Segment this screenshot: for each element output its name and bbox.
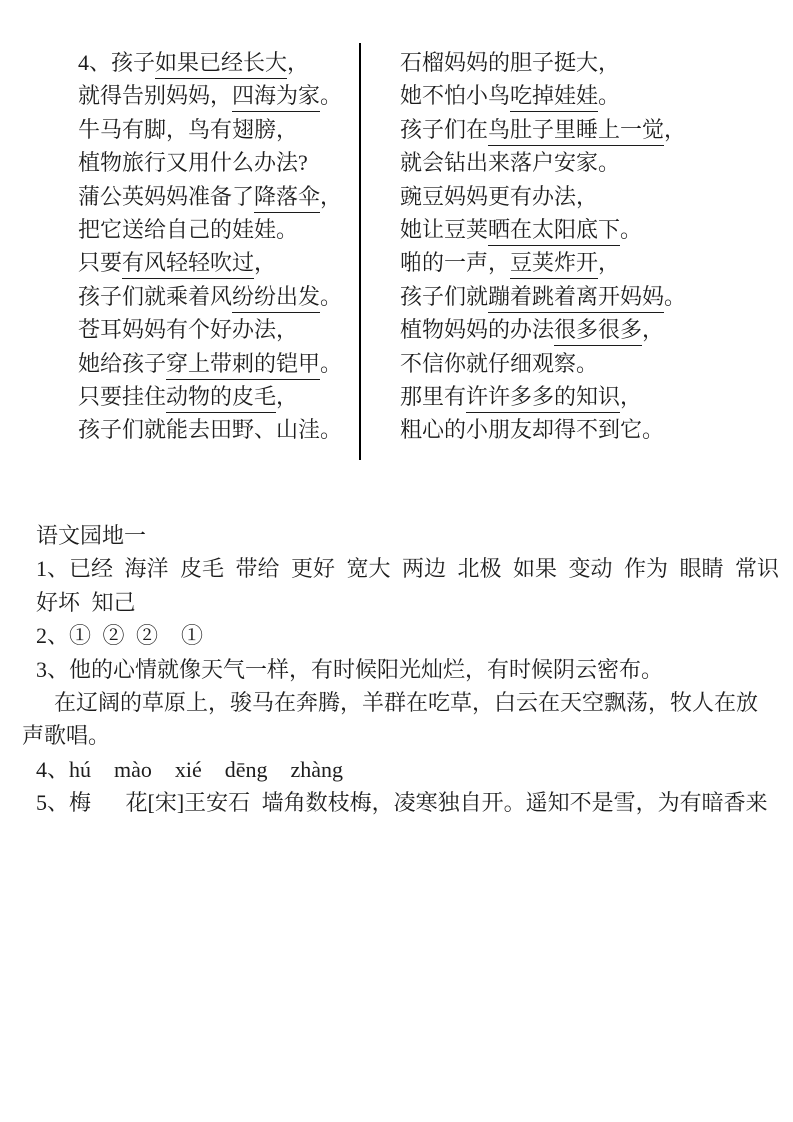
poem-line: 4、孩子如果已经长大， [78,46,342,79]
poem-line: 石榴妈妈的胆子挺大， [400,46,686,79]
poem-text: 。 [598,83,620,108]
underlined-fill-in: 吃掉娃娃 [510,83,598,112]
poem-line: 只要挂住动物的皮毛， [78,380,342,413]
poem-text: 豌豆妈妈更有办法， [400,184,598,209]
underlined-fill-in: 纷纷出发 [232,284,320,313]
poem-text: ， [620,384,642,409]
poem-line: 就会钻出来落户安家。 [400,146,686,179]
poem-line: 她不怕小鸟吃掉娃娃。 [400,79,686,112]
poem-text: 4、孩子 [78,50,155,75]
poem-line: 孩子们就乘着风纷纷出发。 [78,280,342,313]
poem-text: 孩子们就乘着风 [78,284,232,309]
poem-text: ， [276,384,298,409]
underlined-fill-in: 晒在太阳底下 [488,217,620,246]
underlined-fill-in: 鸟肚子里睡上一觉 [488,117,664,146]
answer-line-3: 3、他的心情就像天气一样，有时候阳光灿烂，有时候阴云密布。 [36,653,779,686]
underlined-fill-in: 豆荚炸开 [510,250,598,279]
poem-line: 豌豆妈妈更有办法， [400,180,686,213]
poem-line: 只要有风轻轻吹过， [78,246,342,279]
answer-line-2: 2、① ② ② ① [36,619,779,652]
poem-line: 就得告别妈妈，四海为家。 [78,79,342,112]
poem-left-column: 4、孩子如果已经长大，就得告别妈妈，四海为家。牛马有脚，鸟有翅膀，植物旅行又用什… [78,46,342,447]
poem-text: 植物旅行又用什么办法? [78,150,308,175]
poem-text: ， [287,50,309,75]
poem-text: 。 [620,217,642,242]
poem-text: 孩子们在 [400,117,488,142]
underlined-fill-in: 蹦着跳着离开妈妈 [488,284,664,313]
poem-text: ， [598,250,620,275]
poem-line: 把它送给自己的娃娃。 [78,213,342,246]
section-title: 语文园地一 [36,519,779,552]
poem-text: 把它送给自己的娃娃。 [78,217,298,242]
poem-line: 她给孩子穿上带刺的铠甲。 [78,347,342,380]
answer-line-1: 1、已经 海洋 皮毛 带给 更好 宽大 两边 北极 如果 变动 作为 眼睛 常识 [36,552,779,585]
poem-text: 牛马有脚，鸟有翅膀， [78,117,298,142]
poem-text: 她让豆荚 [400,217,488,242]
answer-line-3-para: 在辽阔的草原上，骏马在奔腾，羊群在吃草，白云在天空飘荡，牧人在放 [54,686,779,719]
poem-text: 。 [320,351,342,376]
underlined-fill-in: 四海为家 [232,83,320,112]
poem-text: 。 [320,83,342,108]
poem-line: 那里有许许多多的知识， [400,380,686,413]
poem-line: 啪的一声，豆荚炸开， [400,246,686,279]
poem-line: 蒲公英妈妈准备了降落伞， [78,180,342,213]
poem-line: 孩子们就蹦着跳着离开妈妈。 [400,280,686,313]
poem-text: 植物妈妈的办法 [400,317,554,342]
poem-text: 。 [664,284,686,309]
poem-text: 苍耳妈妈有个好办法， [78,317,298,342]
poem-text: 她不怕小鸟 [400,83,510,108]
poem-line: 牛马有脚，鸟有翅膀， [78,113,342,146]
poem-text: 啪的一声， [400,250,510,275]
poem-text: ， [320,184,342,209]
poem-text: 。 [320,284,342,309]
poem-line: 植物妈妈的办法很多很多， [400,313,686,346]
poem-text: 她给孩子 [78,351,166,376]
answer-line-4: 4、hú mào xié dēng zhàng [36,753,779,786]
answer-line-1-cont: 好坏 知己 [36,586,779,619]
underlined-fill-in: 降落伞 [254,184,320,213]
poem-text: 那里有 [400,384,466,409]
underlined-fill-in: 动物的皮毛 [166,384,276,413]
poem-text: 粗心的小朋友却得不到它。 [400,417,664,442]
poem-text: 孩子们就能去田野、山洼。 [78,417,342,442]
poem-text: 蒲公英妈妈准备了 [78,184,254,209]
poem-text: ， [254,250,276,275]
poem-line: 苍耳妈妈有个好办法， [78,313,342,346]
poem-line: 不信你就仔细观察。 [400,347,686,380]
poem-text: 孩子们就 [400,284,488,309]
poem-text: ， [664,117,686,142]
poem-text: 石榴妈妈的胆子挺大， [400,50,620,75]
underlined-fill-in: 穿上带刺的铠甲 [166,351,320,380]
poem-text: 就得告别妈妈， [78,83,232,108]
answers-section: 语文园地一1、已经 海洋 皮毛 带给 更好 宽大 两边 北极 如果 变动 作为 … [36,519,779,820]
underlined-fill-in: 如果已经长大 [155,50,287,79]
answer-line-3-cont: 声歌唱。 [22,719,779,752]
poem-text: 只要 [78,250,122,275]
underlined-fill-in: 很多很多 [554,317,642,346]
poem-line: 她让豆荚晒在太阳底下。 [400,213,686,246]
poem-right-column: 石榴妈妈的胆子挺大，她不怕小鸟吃掉娃娃。孩子们在鸟肚子里睡上一觉，就会钻出来落户… [400,46,686,447]
poem-text: 就会钻出来落户安家。 [400,150,620,175]
poem-line: 孩子们就能去田野、山洼。 [78,413,342,446]
poem-text: 只要挂住 [78,384,166,409]
underlined-fill-in: 有风轻轻吹过 [122,250,254,279]
poem-text: ， [642,317,664,342]
poem-line: 植物旅行又用什么办法? [78,146,342,179]
column-divider [359,43,361,460]
poem-text: 不信你就仔细观察。 [400,351,598,376]
poem-line: 粗心的小朋友却得不到它。 [400,413,686,446]
answer-line-5: 5、梅 花[宋]王安石 墙角数枝梅，凌寒独自开。遥知不是雪，为有暗香来 [36,786,779,819]
poem-line: 孩子们在鸟肚子里睡上一觉， [400,113,686,146]
underlined-fill-in: 许许多多的知识 [466,384,620,413]
document-page: 4、孩子如果已经长大，就得告别妈妈，四海为家。牛马有脚，鸟有翅膀，植物旅行又用什… [0,0,793,1122]
